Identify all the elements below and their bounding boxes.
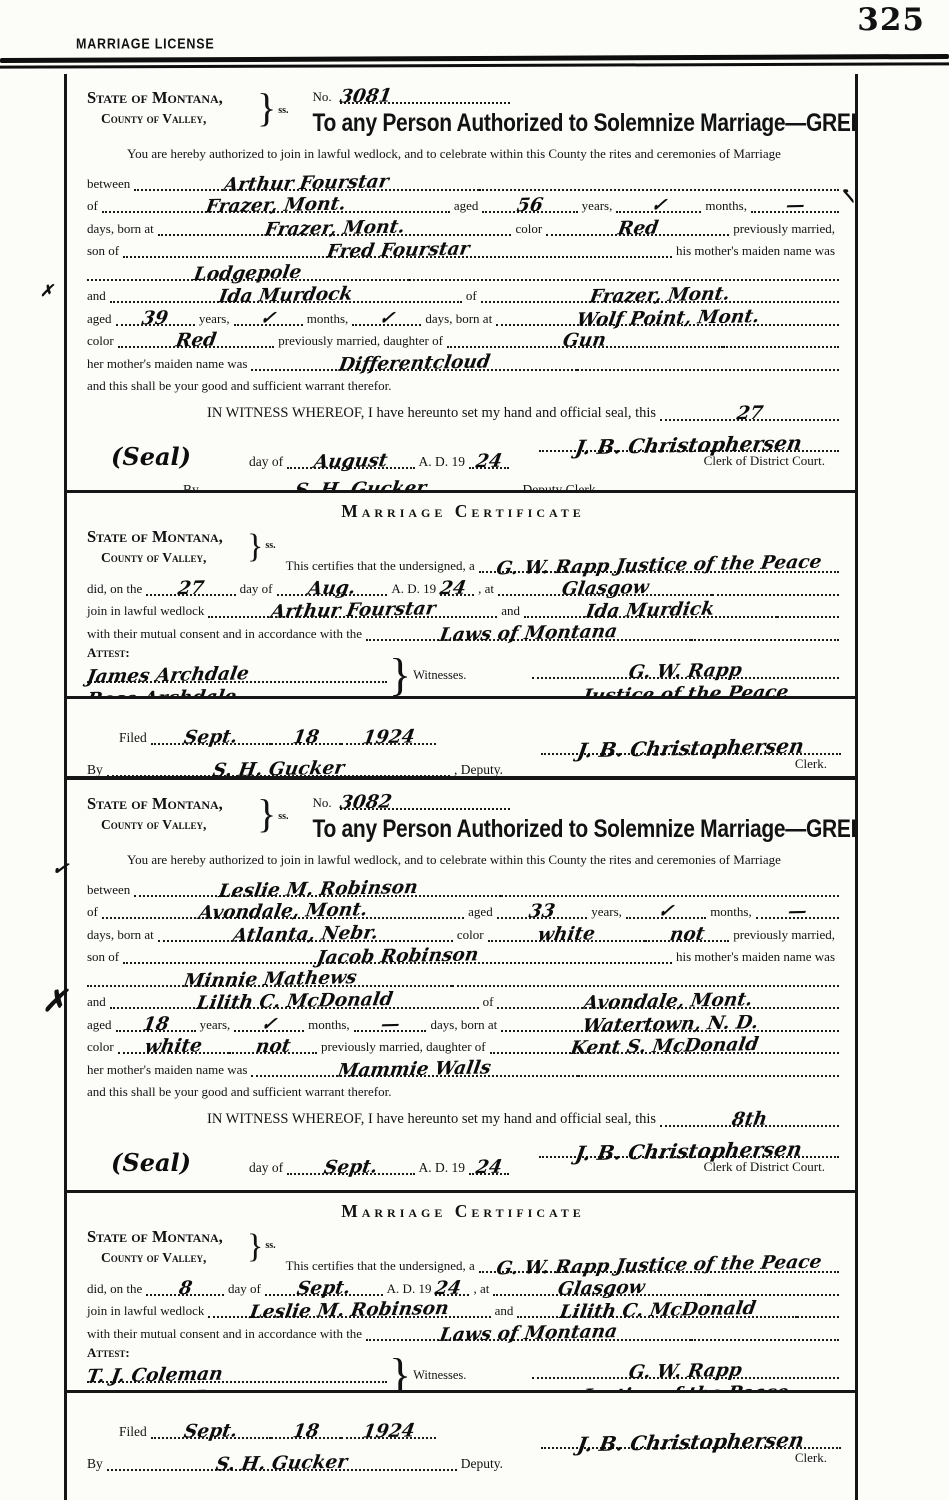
- witnesses-brace-icon: }: [387, 650, 413, 696]
- scanned-page: 325 MARRIAGE LICENSE State of Montana, C…: [0, 0, 949, 1500]
- deputy-signature: S. H. Gucker: [212, 763, 345, 776]
- form-label: color: [87, 333, 118, 348]
- pen-mark: ✓: [836, 185, 861, 204]
- handwritten-entry-field: Avondale, Mont.: [497, 985, 839, 1010]
- certificate-form-lines: did, on the27day ofAug.A. D. 1924, atGla…: [87, 573, 839, 641]
- dotted-blank: [501, 872, 839, 897]
- handwritten-entry-field: ✓: [626, 895, 706, 920]
- form-label: aged: [87, 1017, 116, 1032]
- handwritten-entry-field: 24: [440, 571, 474, 596]
- ss-label: ss.: [278, 811, 288, 822]
- form-line: son ofJacob Robinsonhis mother's maiden …: [87, 942, 839, 965]
- dotted-blank: [691, 1316, 839, 1341]
- form-line: andIda MurdockofFrazer, Mont.: [87, 281, 839, 304]
- handwritten-text: 3081: [339, 90, 393, 103]
- form-label: color: [87, 1039, 118, 1054]
- handwritten-entry-field: Frazer, Mont.: [158, 211, 512, 236]
- filed-block-2: Filed Sept. 18 1924 By S. H. Gucker Depu…: [67, 1390, 855, 1500]
- justice-title-field: Justice of the Peace: [532, 1375, 839, 1391]
- handwritten-entry-field: Leslie M. Robinson: [208, 1294, 490, 1319]
- handwritten-entry-field: ✓: [234, 1007, 304, 1032]
- handwritten-entry-field: 8: [146, 1271, 224, 1296]
- by-label: By: [87, 762, 107, 776]
- filed-block-1: Filed Sept. 18 1924 By S. H. Gucker , De…: [67, 696, 855, 776]
- clerk-signature: J. B. Christophersen: [575, 1143, 803, 1160]
- state-label: State of Montana,: [87, 88, 255, 108]
- marriage-certificate-2: Marriage Certificate State of Montana, C…: [67, 1190, 855, 1390]
- handwritten-text: 8th: [731, 1114, 768, 1127]
- form-line: Minnie Mathews: [87, 964, 839, 987]
- pen-mark: ✗: [40, 281, 53, 300]
- handwritten-entry-field: ✓: [234, 301, 303, 326]
- intro-text: You are hereby authorized to join in law…: [87, 852, 839, 874]
- handwritten-entry-field: Arthur Fourstar: [134, 166, 478, 191]
- dotted-blank: [709, 1271, 839, 1296]
- year-field: 24: [469, 1143, 509, 1175]
- form-label: previously married,: [729, 927, 839, 942]
- handwritten-entry-field: —: [756, 895, 839, 920]
- handwritten-entry-field: Jacob Robinson: [123, 940, 672, 965]
- handwritten-entry-field: Lodgepole: [87, 256, 409, 281]
- handwritten-entry-field: Fred Fourstar: [123, 234, 672, 259]
- form-line: did, on the8day ofSept.A. D. 1924, atGla…: [87, 1273, 839, 1296]
- clerk-signature-block: J. B. Christophersen Clerk of District C…: [539, 1132, 839, 1175]
- handwritten-entry-field: Differentcloud: [251, 346, 576, 371]
- dotted-blank: [777, 594, 839, 619]
- handwritten-text: 27: [177, 582, 205, 595]
- form-line: her mother's maiden name wasMammie Walls: [87, 1054, 839, 1077]
- deputy-signature-field: S. H. Gucker: [203, 467, 519, 490]
- dotted-blank: [452, 962, 839, 987]
- handwritten-text: —: [380, 1018, 400, 1030]
- form-label: did, on the: [87, 1281, 146, 1296]
- handwritten-entry-field: 27: [146, 571, 235, 596]
- year-field: 24: [469, 437, 509, 469]
- handwritten-entry-field: Minnie Mathews: [87, 962, 452, 987]
- officiant-field: G. W. Rapp Justice of the Peace: [479, 1223, 839, 1273]
- month-field: Sept.: [287, 1143, 414, 1175]
- form-line: andLilith C. McDonaldofAvondale, Mont.: [87, 987, 839, 1010]
- deputy-signature: S. H. Gucker: [294, 483, 427, 490]
- form-label: join in lawful wedlock: [87, 1303, 208, 1318]
- license-number-field: 3081: [340, 90, 510, 104]
- handwritten-entry-field: Laws of Montana: [366, 1316, 691, 1341]
- witness2-field: Mrs. Geo. Rapp: [87, 1379, 387, 1391]
- certificate-form-lines: did, on the8day ofSept.A. D. 1924, atGla…: [87, 1273, 839, 1341]
- intro-text: You are hereby authorized to join in law…: [87, 146, 839, 168]
- ss-label: ss.: [278, 105, 288, 116]
- by-label: By: [183, 482, 203, 490]
- form-label: and this shall be your good and sufficie…: [87, 378, 395, 393]
- form-label: join in lawful wedlock: [87, 603, 208, 618]
- form-line: ofFrazer, Mont.aged56years,✓months,—: [87, 191, 839, 214]
- handwritten-entry-field: not: [645, 917, 730, 942]
- witness2-field: Rose Archdale: [87, 679, 387, 697]
- form-label: her mother's maiden name was: [87, 356, 251, 371]
- handwritten-text: ✓: [378, 312, 395, 324]
- handwritten-entry-field: ✓: [616, 189, 701, 214]
- dotted-blank: [712, 571, 839, 596]
- filed-year-field: 1924: [341, 705, 436, 745]
- form-line: Lodgepole: [87, 258, 839, 281]
- state-label: State of Montana,: [87, 794, 255, 814]
- handwritten-entry-field: Red: [546, 211, 729, 236]
- handwritten-entry-field: Frazer, Mont.: [102, 189, 450, 214]
- handwritten-text: 8: [178, 1282, 193, 1294]
- handwritten-text: not: [669, 928, 705, 941]
- handwritten-entry-field: 56: [482, 189, 577, 214]
- certificate-title: Marriage Certificate: [87, 501, 839, 525]
- justice-title-field: Justice of the Peace: [532, 675, 839, 697]
- form-line: son ofFred Fourstarhis mother's maiden n…: [87, 236, 839, 259]
- clerk-signature-block: J. B. Christophersen Clerk.: [541, 729, 841, 772]
- county-label: County of Valley,: [87, 817, 255, 833]
- handwritten-entry-field: Aug.: [277, 571, 388, 596]
- dotted-blank: [691, 616, 839, 641]
- handwritten-entry-field: ✓: [352, 301, 421, 326]
- clerk-signature: J. B. Christophersen: [577, 740, 805, 757]
- state-label: State of Montana,: [87, 1227, 245, 1247]
- handwritten-entry-field: Laws of Montana: [366, 616, 691, 641]
- filed-year-field: 1924: [341, 1399, 436, 1439]
- dotted-blank: [479, 166, 839, 191]
- license-form-lines: betweenLeslie M. RobinsonofAvondale, Mon…: [87, 874, 839, 1099]
- marriage-certificate-1: Marriage Certificate State of Montana, C…: [67, 490, 855, 696]
- handwritten-entry-field: Lilith C. McDonald: [517, 1294, 797, 1319]
- handwritten-entry-field: —: [354, 1007, 427, 1032]
- justice-title: Justice of the Peace: [582, 686, 789, 696]
- handwritten-text: Differentcloud: [338, 356, 491, 371]
- record-ledger-box: State of Montana, County of Valley, } ss…: [64, 74, 858, 1500]
- form-label: of: [462, 288, 481, 303]
- filed-day-field: 18: [271, 1399, 341, 1439]
- handwritten-text: (Seal): [111, 1148, 191, 1177]
- form-line: colorwhitenotpreviously married, daughte…: [87, 1032, 839, 1055]
- handwritten-text: —: [785, 200, 805, 212]
- handwritten-entry-field: 18: [116, 1007, 196, 1032]
- header-rule: [0, 56, 949, 67]
- form-line: her mother's maiden name wasDifferentclo…: [87, 348, 839, 371]
- handwritten-text: 56: [516, 200, 544, 213]
- document-header-label: MARRIAGE LICENSE: [76, 36, 215, 52]
- form-label: of: [87, 904, 102, 919]
- county-label: County of Valley,: [87, 550, 245, 566]
- filed-month-field: Sept.: [151, 705, 271, 745]
- handwritten-text: Mammie Walls: [337, 1062, 492, 1077]
- form-label: and this shall be your good and sufficie…: [87, 1084, 395, 1099]
- handwritten-entry-field: white: [488, 917, 645, 942]
- handwritten-entry-field: Red: [118, 324, 275, 349]
- clerk-signature: J. B. Christophersen: [577, 1434, 805, 1451]
- form-label: and: [87, 994, 110, 1009]
- form-line: ofAvondale, Mont.aged33years,✓months,—: [87, 897, 839, 920]
- handwritten-entry-field: Watertown, N. D.: [501, 1007, 839, 1032]
- ss-label: ss.: [265, 1240, 275, 1251]
- form-label: did, on the: [87, 581, 146, 596]
- deputy-clerk-label: Deputy Clerk.: [519, 482, 604, 490]
- witness-clause: IN WITNESS WHEREOF, I have hereunto set …: [207, 406, 660, 421]
- witnesses-brace-icon: }: [387, 1350, 413, 1390]
- marriage-license-1: State of Montana, County of Valley, } ss…: [67, 74, 855, 490]
- dotted-blank: [797, 1294, 839, 1319]
- handwritten-entry-field: —: [751, 189, 839, 214]
- dotted-blank: [578, 1052, 839, 1077]
- form-line: and this shall be your good and sufficie…: [87, 371, 839, 394]
- brace-icon: }: [255, 82, 278, 146]
- form-line: with their mutual consent and in accorda…: [87, 1318, 839, 1341]
- handwritten-entry-field: Ida Murdick: [524, 594, 777, 619]
- form-line: betweenArthur Fourstar: [87, 168, 839, 191]
- state-label: State of Montana,: [87, 527, 245, 547]
- brace-icon: }: [255, 788, 278, 852]
- form-line: did, on the27day ofAug.A. D. 1924, atGla…: [87, 573, 839, 596]
- deputy-label: Deputy.: [457, 1456, 507, 1471]
- handwritten-text: 27: [736, 408, 764, 421]
- handwritten-text: white: [144, 1040, 203, 1053]
- form-label: of: [87, 198, 102, 213]
- handwritten-text: Laws of Montana: [439, 626, 618, 642]
- handwritten-entry-field: Frazer, Mont.: [481, 279, 839, 304]
- form-line: join in lawful wedlockArthur Fourstarand…: [87, 596, 839, 619]
- form-line: aged39years,✓months,✓days, born atWolf P…: [87, 303, 839, 326]
- deputy-signature-field: S. H. Gucker: [107, 1437, 457, 1471]
- form-label: with their mutual consent and in accorda…: [87, 1326, 366, 1341]
- ss-label: ss.: [265, 540, 275, 551]
- seal-day-field: 8th: [660, 1097, 839, 1127]
- handwritten-entry-field: 33: [497, 895, 588, 920]
- license-number-field: 3082: [340, 796, 510, 810]
- dotted-blank: [723, 324, 839, 349]
- deputy-signature-field: S. H. Gucker: [107, 743, 450, 776]
- handwritten-entry-field: 39: [116, 301, 195, 326]
- dotted-blank: [409, 256, 839, 281]
- brace-icon: }: [245, 525, 265, 573]
- month-field: August: [287, 437, 414, 469]
- license-number-label: No.: [313, 795, 336, 810]
- form-label: and: [87, 288, 110, 303]
- handwritten-text: —: [787, 906, 807, 918]
- pen-mark: ✗: [42, 984, 67, 1019]
- form-label: her mother's maiden name was: [87, 1062, 251, 1077]
- handwritten-entry-field: Glasgow: [498, 571, 712, 596]
- filed-month-field: Sept.: [151, 1399, 271, 1439]
- clerk-signature: J. B. Christophersen: [575, 437, 803, 454]
- certificate-title: Marriage Certificate: [87, 1201, 839, 1225]
- deputy-signature-field: [203, 1173, 519, 1190]
- brace-icon: }: [245, 1225, 265, 1273]
- form-label: aged: [87, 311, 116, 326]
- marriage-license-2: State of Montana, County of Valley, } ss…: [67, 776, 855, 1190]
- handwritten-entry-field: Kent S. McDonald: [490, 1030, 839, 1055]
- greeting-heading: To any Person Authorized to Solemnize Ma…: [313, 110, 840, 138]
- filed-day-field: 18: [271, 705, 341, 745]
- witnesses-label: Witnesses.: [413, 668, 466, 683]
- license-form-lines: betweenArthur FourstarofFrazer, Mont.age…: [87, 168, 839, 393]
- by-label: By: [87, 1456, 107, 1471]
- handwritten-entry-field: Glasgow: [493, 1271, 709, 1296]
- greeting-heading: To any Person Authorized to Solemnize Ma…: [313, 816, 840, 844]
- form-line: join in lawful wedlockLeslie M. Robinson…: [87, 1296, 839, 1319]
- handwritten-text: (Seal): [111, 442, 191, 471]
- handwritten-entry-field: Wolf Point, Mont.: [496, 301, 839, 326]
- witness-clause: IN WITNESS WHEREOF, I have hereunto set …: [207, 1112, 660, 1127]
- seal-day-field: 27: [660, 391, 839, 421]
- form-line: betweenLeslie M. Robinson: [87, 874, 839, 897]
- form-label: of: [479, 994, 498, 1009]
- handwritten-entry-field: Leslie M. Robinson: [134, 872, 501, 897]
- handwritten-entry-field: not: [229, 1030, 317, 1055]
- form-line: and this shall be your good and sufficie…: [87, 1077, 839, 1100]
- form-label: previously married,: [729, 221, 839, 236]
- clerk-signature-block: J. B. Christophersen Clerk of District C…: [539, 426, 839, 469]
- deputy-signature: S. H. Gucker: [215, 1457, 348, 1472]
- handwritten-entry-field: Atlanta, Nebr.: [158, 917, 453, 942]
- handwritten-entry-field: Sept.: [265, 1271, 383, 1296]
- dotted-blank: [577, 346, 839, 371]
- deputy-label: , Deputy.: [450, 762, 507, 776]
- handwritten-entry-field: Mammie Walls: [251, 1052, 578, 1077]
- handwritten-text: Laws of Montana: [439, 1326, 618, 1342]
- form-line: days, born atFrazer, Mont.colorRedprevio…: [87, 213, 839, 236]
- handwritten-text: Red: [175, 335, 217, 348]
- form-line: days, born atAtlanta, Nebr.colorwhitenot…: [87, 919, 839, 942]
- handwritten-entry-field: Ida Murdock: [110, 279, 462, 304]
- county-label: County of Valley,: [87, 1250, 245, 1266]
- form-line: colorRedpreviously married, daughter ofG…: [87, 326, 839, 349]
- form-label: with their mutual consent and in accorda…: [87, 626, 366, 641]
- county-label: County of Valley,: [87, 111, 255, 127]
- handwritten-entry-field: 24: [435, 1271, 469, 1296]
- handwritten-entry-field: Avondale, Mont.: [102, 895, 464, 920]
- handwritten-entry-field: Gun: [447, 324, 723, 349]
- page-number: 325: [857, 2, 925, 38]
- clerk-signature-block: J. B. Christophersen Clerk.: [541, 1423, 841, 1466]
- handwritten-text: 3082: [339, 796, 393, 809]
- form-line: with their mutual consent and in accorda…: [87, 618, 839, 641]
- license-number-label: No.: [313, 89, 336, 104]
- form-label: months,: [303, 311, 353, 326]
- handwritten-entry-field: Arthur Fourstar: [208, 594, 497, 619]
- witnesses-label: Witnesses.: [413, 1368, 466, 1383]
- officiant-field: G. W. Rapp Justice of the Peace: [479, 523, 839, 573]
- handwritten-entry-field: Lilith C. McDonald: [110, 985, 479, 1010]
- handwritten-entry-field: white: [118, 1030, 229, 1055]
